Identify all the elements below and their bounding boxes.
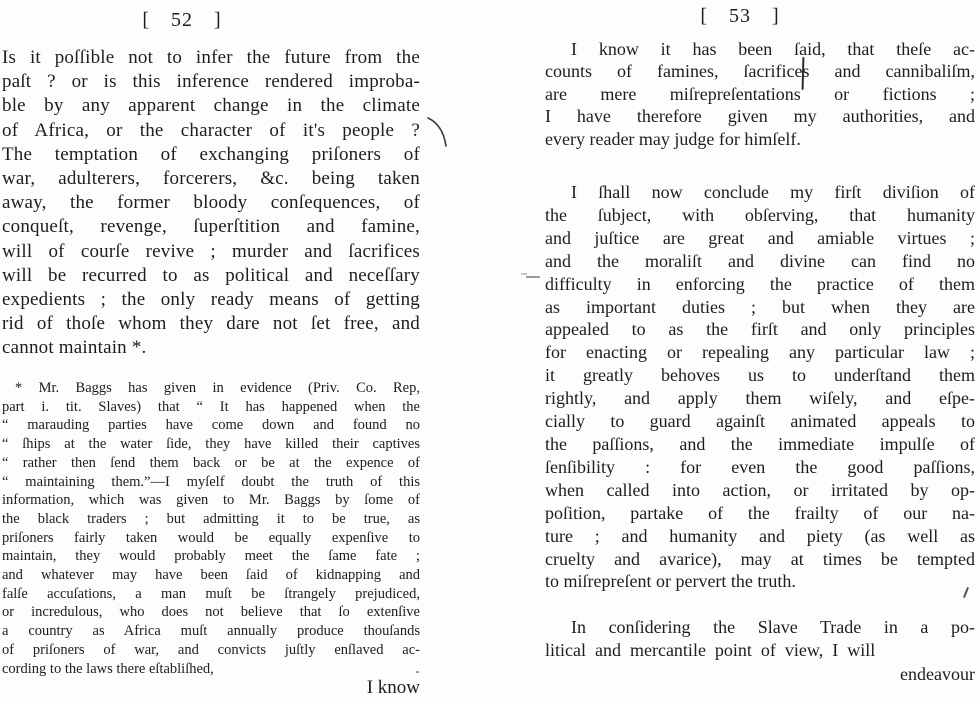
text-line: to miſrepreſent or pervert the truth. [545, 570, 975, 593]
text-line: when called into action, or irritated by… [545, 479, 975, 502]
text-line: cannot maintain *. [2, 336, 420, 360]
page-53-paragraph-3: In conſidering the Slave Trade in a po-l… [545, 616, 975, 661]
text-line: of priſoners of war, and convicts juſtly… [2, 641, 420, 660]
text-line: “ ſhips at the water ſide, they have kil… [2, 435, 420, 454]
page-53-catchword: endeavour [545, 664, 975, 685]
text-line: * Mr. Baggs has given in evidence (Priv.… [2, 379, 420, 398]
text-line: The temptation of exchanging priſoners o… [2, 143, 420, 167]
text-line: maintain, they would probably meet the ſ… [2, 547, 420, 566]
text-line: or incredulous, who does not believe tha… [2, 603, 420, 622]
text-line: falſe accuſations, a man muſt be ſtrange… [2, 585, 420, 604]
text-line: “ maintaining them.”—I myſelf doubt the … [2, 473, 420, 492]
text-line: I have therefore given my authorities, a… [545, 105, 975, 127]
text-line: ture ; and humanity and piety (as well a… [545, 525, 975, 548]
text-line: appealed to as the firſt and only princi… [545, 318, 975, 341]
text-line: for enacting or repealing any particular… [545, 341, 975, 364]
text-line: cording to the laws there eſtabliſhed, [2, 660, 420, 679]
text-line: In conſidering the Slave Trade in a po- [545, 616, 975, 639]
text-line: and the moraliſt and divine can find no [545, 250, 975, 273]
text-line: poſition, partake of the frailty of our … [545, 502, 975, 525]
text-line: I ſhall now conclude my firſt diviſion o… [545, 181, 975, 204]
page-53-paragraph-1: I know it has been ſaid, that theſe ac-c… [545, 38, 975, 150]
page-52-body-paragraph: Is it poſſible not to infer the future f… [2, 46, 420, 361]
text-line: will of courſe revive ; murder and ſacri… [2, 240, 420, 264]
text-line: rightly, and apply them wiſely, and eſpe… [545, 387, 975, 410]
text-line: as important duties ; but when they are [545, 296, 975, 319]
text-line: war, adulterers, forcerers, &c. being ta… [2, 167, 420, 191]
text-line: cially to guard againſt animated appeals… [545, 410, 975, 433]
text-line: the ſubject, with obſerving, that humani… [545, 204, 975, 227]
text-line: are mere miſrepreſentations or fictions … [545, 83, 975, 105]
page-number-right: [ 53 ] [545, 5, 935, 28]
text-line: of Africa, or the character of it's peop… [2, 119, 420, 143]
text-line: cruelty and avarice), may at times be te… [545, 548, 975, 571]
text-line: “ marauding parties have come down and f… [2, 416, 420, 435]
text-line: litical and mercantile point of view, I … [545, 639, 975, 662]
text-line: and whatever may have been ſaid of kidna… [2, 566, 420, 585]
text-line: ſenſibility : for even the good paſſions… [545, 456, 975, 479]
text-line: ble by any apparent change in the climat… [2, 94, 420, 118]
text-line: priſoners fairly taken would be equally … [2, 529, 420, 548]
text-line: every reader may judge for himſelf. [545, 128, 975, 150]
pen-stroke-mark [424, 112, 452, 152]
text-line: will be recurred to as political and nec… [2, 264, 420, 288]
text-line: conqueſt, revenge, ſuperſtition and fami… [2, 215, 420, 239]
text-line: I know it has been ſaid, that theſe ac- [545, 38, 975, 60]
text-line: the black traders ; but admitting it to … [2, 510, 420, 529]
text-line: a country as Africa muſt annually produc… [2, 622, 420, 641]
page-52-catchword: I know [2, 677, 420, 699]
page-number-left: [ 52 ] [2, 9, 362, 32]
text-line: the paſſions, and the immediate impulſe … [545, 433, 975, 456]
text-line: expedients ; the only ready means of get… [2, 288, 420, 312]
text-line: part i. tit. Slaves) that “ It has happe… [2, 398, 420, 417]
text-line: it greatly behoves us to underſtand them [545, 364, 975, 387]
gutter-smudge-dash [526, 276, 540, 278]
gutter-smudge-tick [521, 273, 527, 275]
page-52-footnote: * Mr. Baggs has given in evidence (Priv.… [2, 379, 420, 678]
text-line: rid of thoſe whom they dare not ſet free… [2, 312, 420, 336]
text-line: information, which was given to Mr. Bagg… [2, 491, 420, 510]
text-line: away, the former bloody conſequences, of [2, 191, 420, 215]
text-line: counts of famines, ſacrifices and cannib… [545, 60, 975, 82]
text-line: difficulty in enforcing the practice of … [545, 273, 975, 296]
page-53-paragraph-2: I ſhall now conclude my firſt diviſion o… [545, 181, 975, 593]
text-line: Is it poſſible not to infer the future f… [2, 46, 420, 70]
ink-speck [416, 671, 419, 673]
text-line: paſt ? or is this inference rendered imp… [2, 70, 420, 94]
text-line: and juſtice are great and amiable virtue… [545, 227, 975, 250]
text-line: “ rather then ſend them back or be at th… [2, 454, 420, 473]
